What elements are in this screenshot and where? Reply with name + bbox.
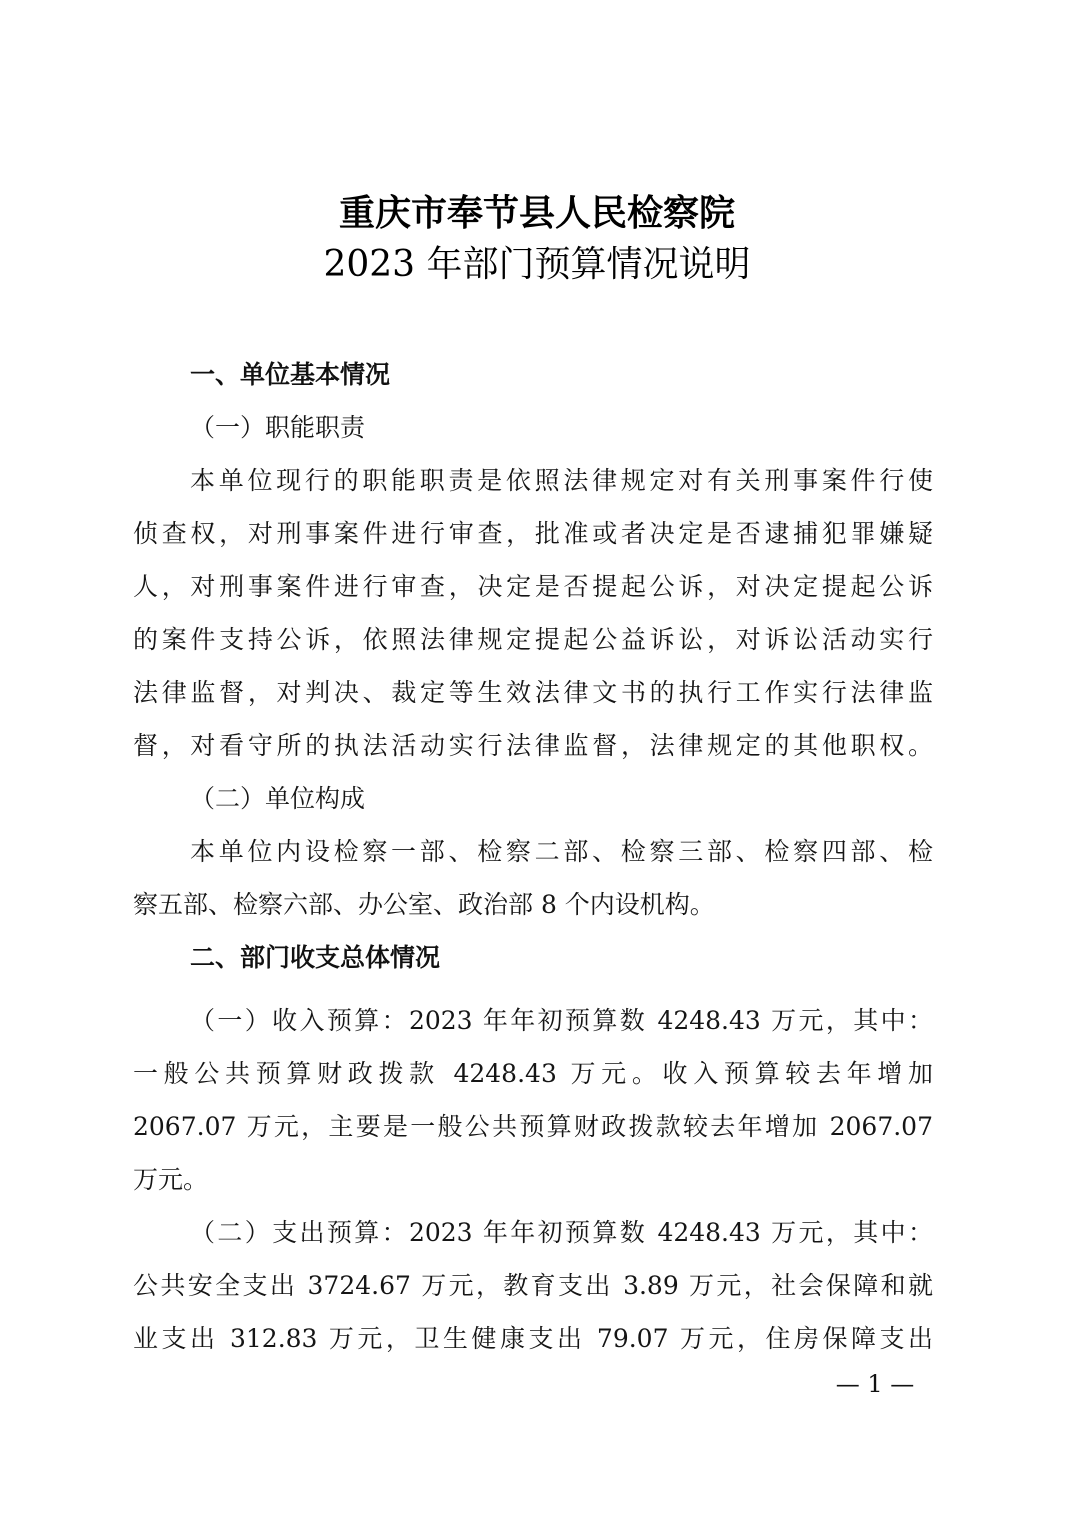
- paragraph-line: 侦查权，对刑事案件进行审查，批准或者决定是否逮捕犯罪嫌疑: [133, 514, 933, 554]
- paragraph-line: 公共安全支出 3724.67 万元，教育支出 3.89 万元，社会保障和就: [133, 1266, 933, 1306]
- paragraph-line: （一）收入预算：2023 年年初预算数 4248.43 万元，其中：: [190, 1001, 933, 1041]
- paragraph-line: 督，对看守所的执法活动实行法律监督，法律规定的其他职权。: [133, 726, 933, 766]
- section-heading-2: 二、部门收支总体情况: [190, 938, 440, 978]
- paragraph-line: 法律监督，对判决、裁定等生效法律文书的执行工作实行法律监: [133, 673, 933, 713]
- paragraph-line: 业支出 312.83 万元，卫生健康支出 79.07 万元，住房保障支出: [133, 1319, 933, 1359]
- paragraph-line: 一般公共预算财政拨款 4248.43 万元。收入预算较去年增加: [133, 1054, 933, 1094]
- document-page: 重庆市奉节县人民检察院 2023 年部门预算情况说明 一、单位基本情况 （一）职…: [0, 0, 1074, 1520]
- document-title-line2: 2023 年部门预算情况说明: [0, 240, 1074, 290]
- paragraph-line: 本单位现行的职能职责是依照法律规定对有关刑事案件行使: [190, 461, 933, 501]
- paragraph-line: 2067.07 万元，主要是一般公共预算财政拨款较去年增加 2067.07: [133, 1107, 933, 1147]
- subsection-heading-1-2: （二）单位构成: [190, 779, 365, 819]
- page-number: — 1 —: [820, 1364, 930, 1404]
- subsection-heading-1-1: （一）职能职责: [190, 408, 365, 448]
- paragraph-line: 察五部、检察六部、办公室、政治部 8 个内设机构。: [133, 885, 933, 925]
- paragraph-line: 人，对刑事案件进行审查，决定是否提起公诉，对决定提起公诉: [133, 567, 933, 607]
- paragraph-line: （二）支出预算：2023 年年初预算数 4248.43 万元，其中：: [190, 1213, 933, 1253]
- section-heading-1: 一、单位基本情况: [190, 355, 390, 395]
- paragraph-line: 的案件支持公诉，依照法律规定提起公益诉讼，对诉讼活动实行: [133, 620, 933, 660]
- document-title-line1: 重庆市奉节县人民检察院: [0, 188, 1074, 238]
- paragraph-line: 万元。: [133, 1160, 933, 1200]
- paragraph-line: 本单位内设检察一部、检察二部、检察三部、检察四部、检: [190, 832, 933, 872]
